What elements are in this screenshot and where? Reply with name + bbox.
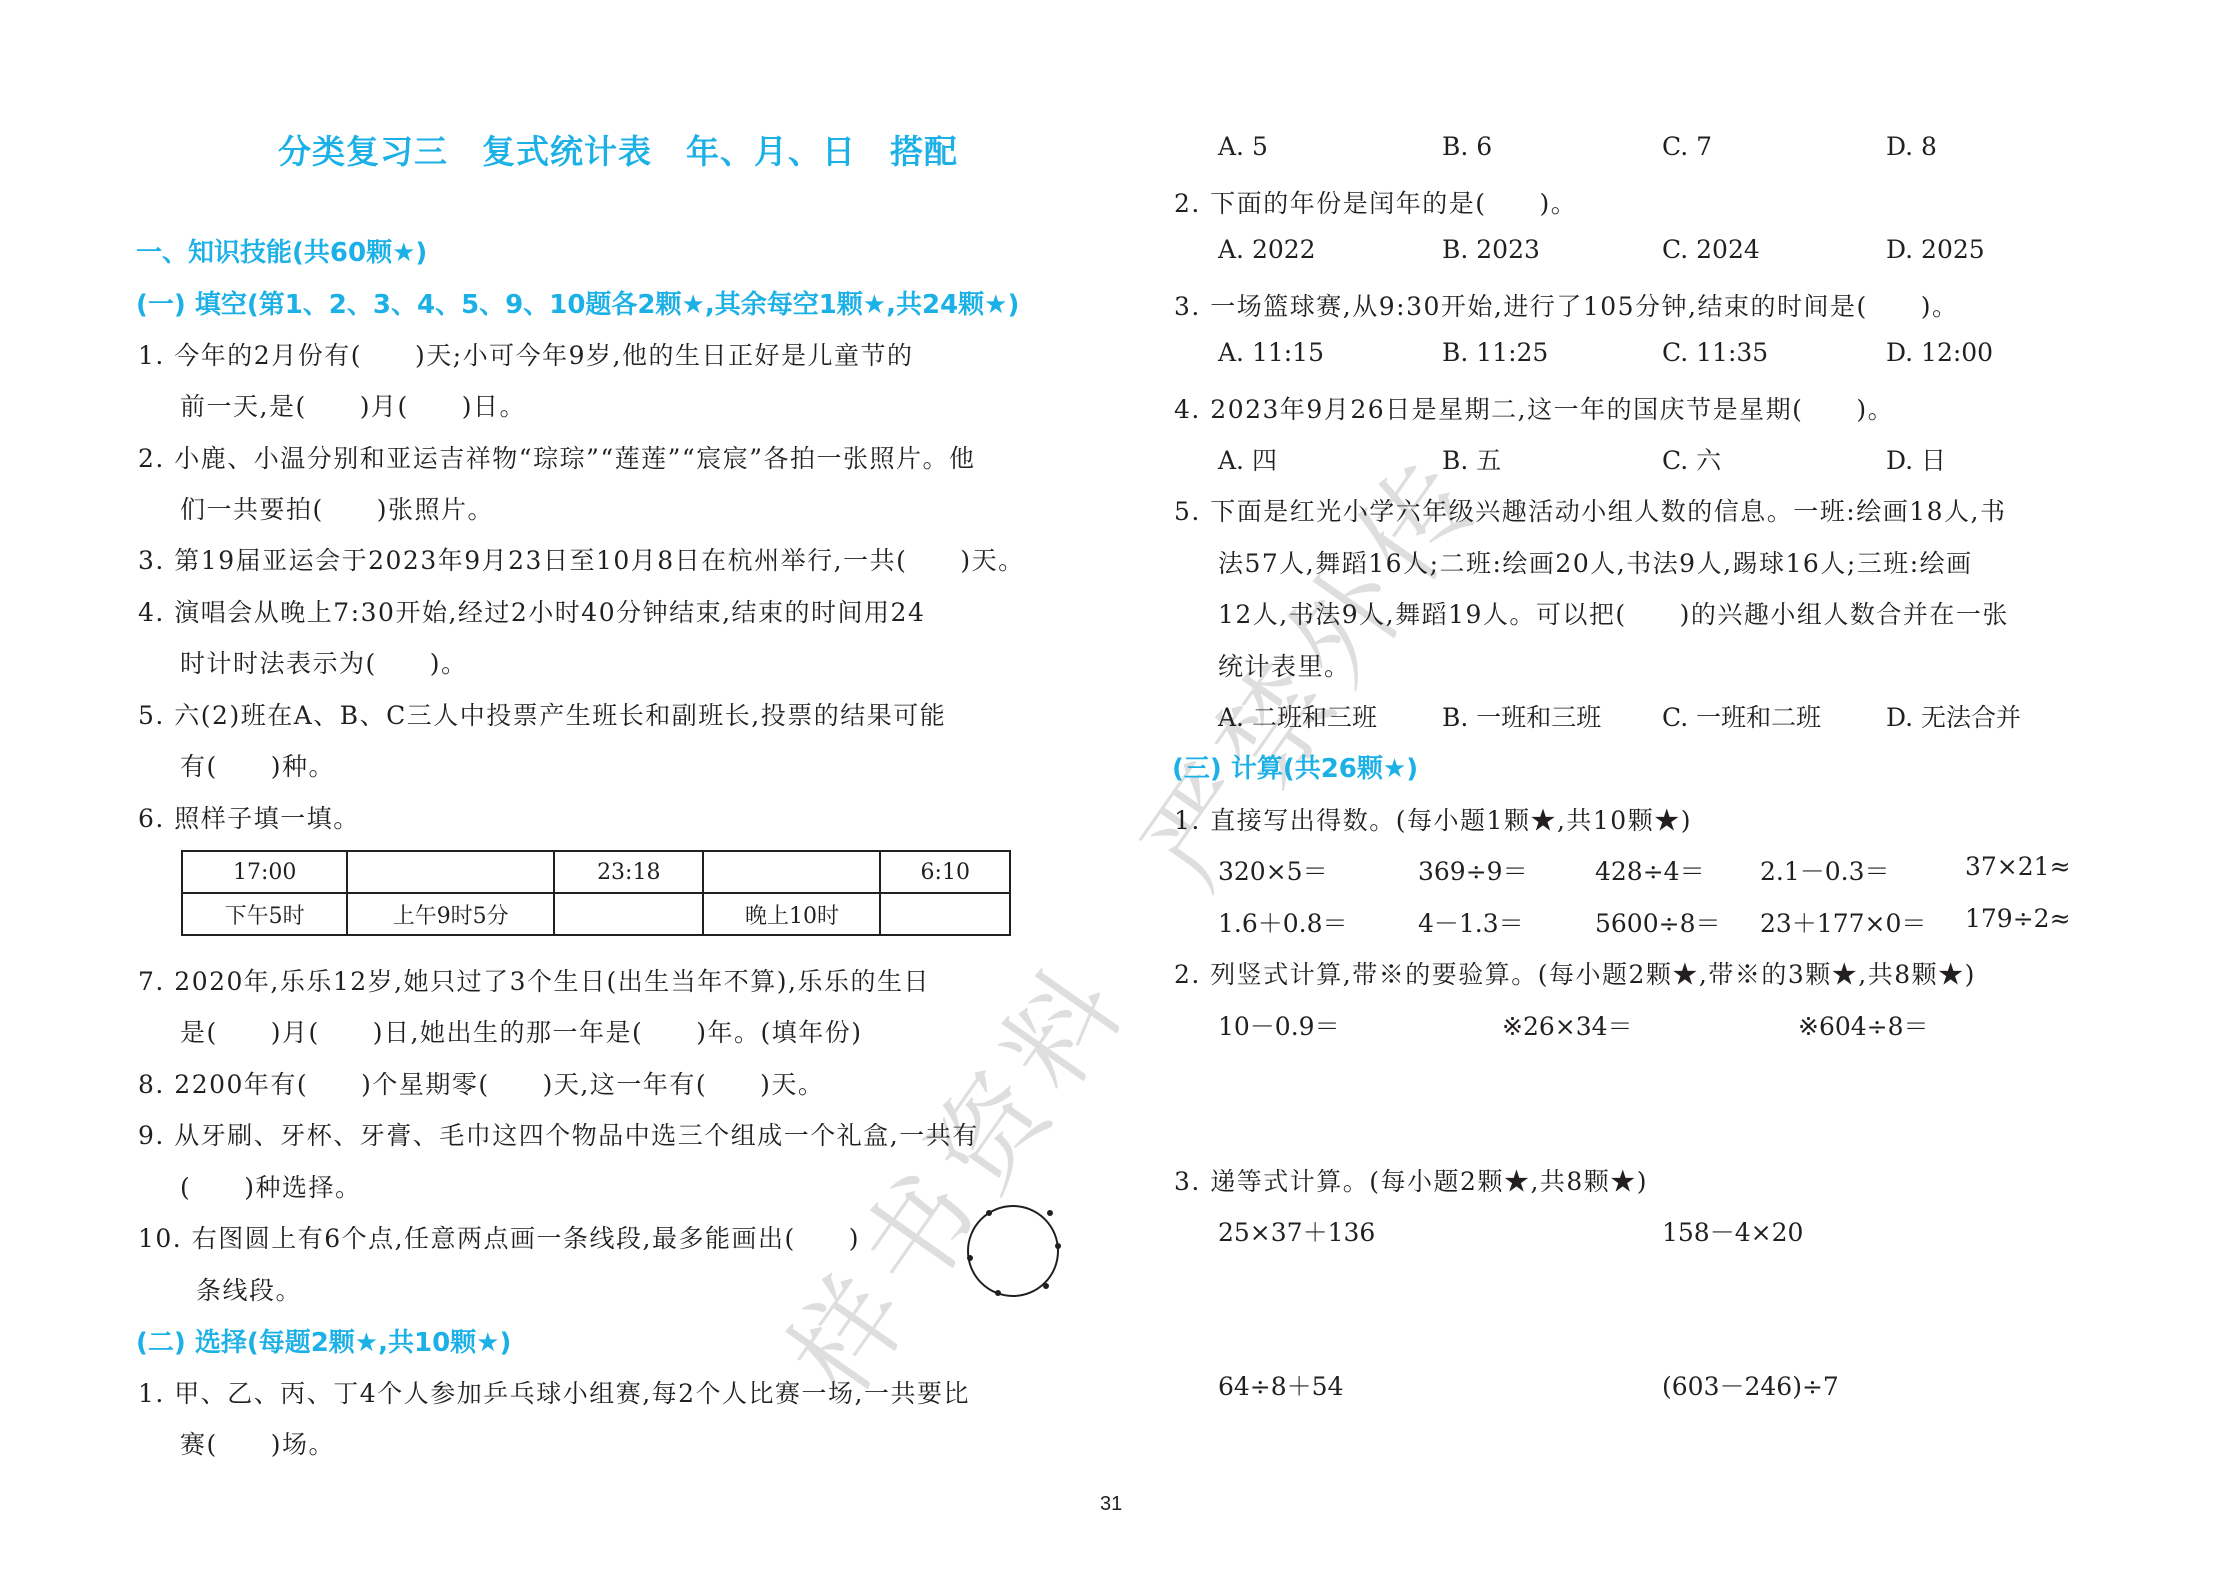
subsection-heading-fill: (一) 填空(第1、2、3、4、5、9、10题各2颗★,其余每空1颗★,共24颗… xyxy=(136,284,1019,321)
calc-q3: 3. 递等式计算。(每小题2颗★,共8颗★) xyxy=(1174,1162,1648,1198)
calc-q2-item: ※26×34＝ xyxy=(1502,1007,1633,1043)
calc-q3-item: (603－246)÷7 xyxy=(1662,1367,1839,1403)
fill-q9-line2: ( )种选择。 xyxy=(180,1168,362,1204)
circle-six-points-figure xyxy=(962,1200,1064,1302)
fill-q9-line1: 9. 从牙刷、牙杯、牙膏、毛巾这四个物品中选三个组成一个礼盒,一共有 xyxy=(138,1116,979,1152)
table-cell: 上午9时5分 xyxy=(347,893,554,935)
choice-q1-option-a[interactable]: A. 5 xyxy=(1218,132,1268,161)
fill-q7-line1: 7. 2020年,乐乐12岁,她只过了3个生日(出生当年不算),乐乐的生日 xyxy=(138,962,930,998)
table-cell: 23:18 xyxy=(554,851,703,893)
fill-q4-line1: 4. 演唱会从晚上7:30开始,经过2小时40分钟结束,结束的时间用24 xyxy=(138,593,925,629)
calc-q2-item: ※604÷8＝ xyxy=(1798,1007,1929,1043)
choice-q1-option-d[interactable]: D. 8 xyxy=(1886,132,1937,161)
calc-q3-item: 25×37＋136 xyxy=(1218,1213,1375,1249)
calc-q2-item: 10－0.9＝ xyxy=(1218,1007,1340,1043)
choice-q2: 2. 下面的年份是闰年的是( )。 xyxy=(1174,184,1577,220)
choice-q5-option-d[interactable]: D. 无法合并 xyxy=(1886,698,2021,734)
choice-q2-option-d[interactable]: D. 2025 xyxy=(1886,235,1985,264)
calc-q1-item: 1.6＋0.8＝ xyxy=(1218,904,1348,940)
fill-q2-line2: 们一共要拍( )张照片。 xyxy=(180,490,494,526)
subsection-heading-calc: (三) 计算(共26颗★) xyxy=(1172,748,1418,785)
choice-q2-option-c[interactable]: C. 2024 xyxy=(1662,235,1760,264)
choice-q4-option-d[interactable]: D. 日 xyxy=(1886,441,1946,477)
fill-q10-line1: 10. 右图圆上有6个点,任意两点画一条线段,最多能画出( ) xyxy=(138,1219,860,1255)
choice-q4-option-b[interactable]: B. 五 xyxy=(1442,441,1501,477)
point xyxy=(986,1210,992,1216)
calc-q1-item: 320×5＝ xyxy=(1218,852,1328,888)
fill-q2-line1: 2. 小鹿、小温分别和亚运吉祥物“琮琮”“莲莲”“宸宸”各拍一张照片。他 xyxy=(138,439,976,475)
fill-q10-line2: 条线段。 xyxy=(196,1271,302,1307)
table-cell-blank[interactable] xyxy=(880,893,1010,935)
point xyxy=(1043,1283,1049,1289)
fill-q1-line2: 前一天,是( )月( )日。 xyxy=(180,387,526,423)
calc-q1-item: 2.1－0.3＝ xyxy=(1760,852,1890,888)
subsection-heading-choice: (二) 选择(每题2颗★,共10颗★) xyxy=(136,1322,511,1359)
calc-q1-item: 23＋177×0＝ xyxy=(1760,904,1926,940)
calc-q2: 2. 列竖式计算,带※的要验算。(每小题2颗★,带※的3颗★,共8颗★) xyxy=(1174,955,1976,991)
choice-q5-line3: 12人,书法9人,舞蹈19人。可以把( )的兴趣小组人数合并在一张 xyxy=(1218,595,2009,631)
choice-q4-option-a[interactable]: A. 四 xyxy=(1218,441,1277,477)
section-heading-knowledge: 一、知识技能(共60颗★) xyxy=(136,232,427,269)
fill-q6: 6. 照样子填一填。 xyxy=(138,799,360,835)
table-cell-blank[interactable] xyxy=(554,893,703,935)
table-cell: 下午5时 xyxy=(182,893,347,935)
table-cell: 晚上10时 xyxy=(703,893,880,935)
choice-q5-line4: 统计表里。 xyxy=(1218,647,1351,683)
calc-q1-item: 369÷9＝ xyxy=(1418,852,1528,888)
point xyxy=(1047,1210,1053,1216)
calc-q1-item: 37×21≈ xyxy=(1965,852,2071,881)
choice-q1-line2: 赛( )场。 xyxy=(180,1425,335,1461)
fill-q5-line1: 5. 六(2)班在A、B、C三人中投票产生班长和副班长,投票的结果可能 xyxy=(138,696,946,732)
table-cell: 6:10 xyxy=(880,851,1010,893)
fill-q5-line2: 有( )种。 xyxy=(180,747,335,783)
point xyxy=(967,1255,973,1261)
choice-q5-option-a[interactable]: A. 二班和三班 xyxy=(1218,698,1377,734)
choice-q5-option-b[interactable]: B. 一班和三班 xyxy=(1442,698,1601,734)
choice-q5-line2: 法57人,舞蹈16人;二班:绘画20人,书法9人,踢球16人;三班:绘画 xyxy=(1218,544,1973,580)
choice-q1-option-c[interactable]: C. 7 xyxy=(1662,132,1712,161)
page-title: 分类复习三 复式统计表 年、月、日 搭配 xyxy=(278,126,958,173)
calc-q1-item: 179÷2≈ xyxy=(1965,904,2071,933)
calc-q1: 1. 直接写出得数。(每小题1颗★,共10颗★) xyxy=(1174,801,1692,837)
choice-q2-option-a[interactable]: A. 2022 xyxy=(1218,235,1316,264)
calc-q3-item: 158－4×20 xyxy=(1662,1213,1803,1249)
calc-q1-item: 4－1.3＝ xyxy=(1418,904,1524,940)
choice-q5-line1: 5. 下面是红光小学六年级兴趣活动小组人数的信息。一班:绘画18人,书 xyxy=(1174,492,2006,528)
choice-q3-option-b[interactable]: B. 11:25 xyxy=(1442,338,1548,367)
choice-q3: 3. 一场篮球赛,从9:30开始,进行了105分钟,结束的时间是( )。 xyxy=(1174,287,1959,323)
table-cell-blank[interactable] xyxy=(703,851,880,893)
choice-q1-line1: 1. 甲、乙、丙、丁4个人参加乒乓球小组赛,每2个人比赛一场,一共要比 xyxy=(138,1374,970,1410)
choice-q3-option-d[interactable]: D. 12:00 xyxy=(1886,338,1993,367)
choice-q4-option-c[interactable]: C. 六 xyxy=(1662,441,1721,477)
fill-q7-line2: 是( )月( )日,她出生的那一年是( )年。(填年份) xyxy=(180,1013,862,1049)
calc-q1-item: 428÷4＝ xyxy=(1595,852,1705,888)
choice-q2-option-b[interactable]: B. 2023 xyxy=(1442,235,1540,264)
choice-q3-option-c[interactable]: C. 11:35 xyxy=(1662,338,1768,367)
choice-q5-option-c[interactable]: C. 一班和二班 xyxy=(1662,698,1821,734)
table-cell-blank[interactable] xyxy=(347,851,554,893)
point xyxy=(995,1290,1001,1296)
point xyxy=(1055,1243,1061,1249)
choice-q4: 4. 2023年9月26日是星期二,这一年的国庆节是星期( )。 xyxy=(1174,390,1894,426)
choice-q1-option-b[interactable]: B. 6 xyxy=(1442,132,1492,161)
fill-q4-line2: 时计时法表示为( )。 xyxy=(180,644,468,680)
choice-q3-option-a[interactable]: A. 11:15 xyxy=(1218,338,1324,367)
fill-q1-line1: 1. 今年的2月份有( )天;小可今年9岁,他的生日正好是儿童节的 xyxy=(138,336,914,372)
page-number: 31 xyxy=(1100,1493,1122,1516)
table-cell: 17:00 xyxy=(182,851,347,893)
time-conversion-table: 17:00 23:18 6:10 下午5时 上午9时5分 晚上10时 xyxy=(181,850,1011,936)
fill-q3: 3. 第19届亚运会于2023年9月23日至10月8日在杭州举行,一共( )天。 xyxy=(138,541,1025,577)
calc-q1-item: 5600÷8＝ xyxy=(1595,904,1720,940)
fill-q8: 8. 2200年有( )个星期零( )天,这一年有( )天。 xyxy=(138,1065,824,1101)
calc-q3-item: 64÷8＋54 xyxy=(1218,1367,1343,1403)
